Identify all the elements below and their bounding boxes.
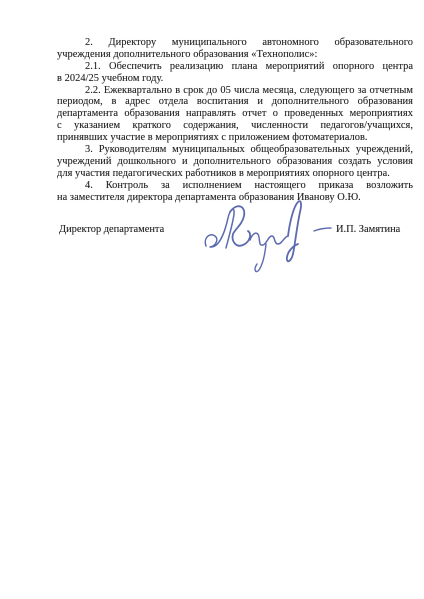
text-line: 3. Руководителям муниципальных общеобраз… [57, 144, 413, 156]
text-line: 4. Контроль за исполнением настоящего пр… [57, 180, 413, 192]
text-line: для участия педагогических работников в … [57, 168, 413, 180]
signer-name: И.П. Замятина [336, 224, 400, 235]
paragraph-2: 2. Директору муниципального автономного … [57, 37, 413, 61]
text-line: учреждений дошкольного и дополнительного… [57, 156, 413, 168]
text-line: в 2024/25 учебном году. [57, 73, 413, 85]
text-line: 2.1. Обеспечить реализацию плана меропри… [57, 61, 413, 73]
text-line: принявших участие в мероприятиях с прило… [57, 132, 413, 144]
text-line: 2.2. Ежеквартально в срок до 05 числа ме… [57, 85, 413, 97]
signature-dash [314, 228, 331, 231]
text-line: на заместителя директора департамента об… [57, 192, 413, 204]
paragraph-3: 3. Руководителям муниципальных общеобраз… [57, 144, 413, 180]
paragraph-2-1: 2.1. Обеспечить реализацию плана меропри… [57, 61, 413, 85]
text-line: периодом, в адрес отдела воспитания и до… [57, 96, 413, 108]
text-line: с указанием краткого содержания, численн… [57, 120, 413, 132]
order-body-text: 2. Директору муниципального автономного … [57, 37, 413, 203]
paragraph-4: 4. Контроль за исполнением настоящего пр… [57, 180, 413, 204]
signature-ink-strokes [205, 201, 331, 271]
text-line: учреждения дополнительного образования «… [57, 49, 413, 61]
text-line: департамента образования направлять отче… [57, 108, 413, 120]
signer-position-label: Директор департамента [59, 224, 164, 235]
scanned-order-page: 2. Директору муниципального автономного … [0, 0, 424, 599]
handwritten-signature-icon [200, 196, 340, 276]
text-line: 2. Директору муниципального автономного … [57, 37, 413, 49]
paragraph-2-2: 2.2. Ежеквартально в срок до 05 числа ме… [57, 85, 413, 144]
